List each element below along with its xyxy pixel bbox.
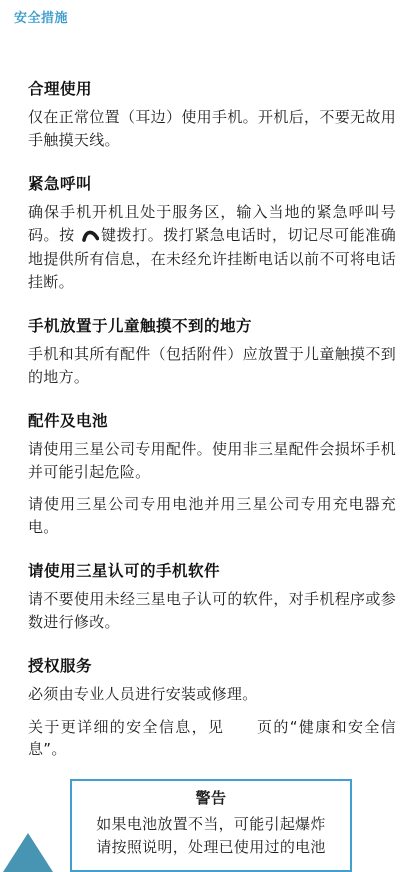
- page-corner-triangle: [3, 833, 53, 872]
- section-heading: 授权服务: [28, 654, 396, 676]
- section-paragraph: 请使用三星公司专用配件。使用非三星配件会损坏手机并可能引起危险。: [28, 438, 396, 483]
- section-emergency-call: 紧急呼叫 确保手机开机且处于服务区，输入当地的紧急呼叫号码。按 键拨打。拨打紧急…: [28, 172, 396, 293]
- section-accessories-battery: 配件及电池 请使用三星公司专用配件。使用非三星配件会损坏手机并可能引起危险。 请…: [28, 409, 396, 538]
- section-heading: 合理使用: [28, 77, 396, 99]
- page-content: 合理使用 仅在正常位置（耳边）使用手机。开机后，不要无故用手触摸天线。 紧急呼叫…: [28, 56, 396, 872]
- section-paragraph: 必须由专业人员进行安装或修理。: [28, 683, 396, 706]
- dial-key-icon: [82, 226, 99, 249]
- section-heading: 请使用三星认可的手机软件: [28, 559, 396, 581]
- page-header-title: 安全措施: [14, 7, 68, 26]
- section-paragraph: 手机和其所有配件（包括附件）应放置于儿童触摸不到的地方。: [28, 343, 396, 388]
- manual-page: 安全措施 合理使用 仅在正常位置（耳边）使用手机。开机后，不要无故用手触摸天线。…: [0, 0, 409, 872]
- section-approved-software: 请使用三星认可的手机软件 请不要使用未经三星电子认可的软件，对手机程序或参数进行…: [28, 559, 396, 633]
- section-paragraph: 关于更详细的安全信息，见 页的“健康和安全信息”。: [28, 716, 396, 761]
- section-heading: 手机放置于儿童触摸不到的地方: [28, 314, 396, 336]
- warning-line: 请按照说明，处理已使用过的电池: [80, 836, 342, 860]
- warning-title: 警告: [80, 787, 342, 808]
- section-heading: 配件及电池: [28, 409, 396, 431]
- section-authorized-service: 授权服务 必须由专业人员进行安装或修理。 关于更详细的安全信息，见 页的“健康和…: [28, 654, 396, 761]
- section-paragraph: 请使用三星公司专用电池并用三星公司专用充电器充电。: [28, 493, 396, 538]
- section-paragraph: 确保手机开机且处于服务区，输入当地的紧急呼叫号码。按 键拨打。拨打紧急电话时，切…: [28, 201, 396, 293]
- warning-line: 如果电池放置不当，可能引起爆炸: [80, 813, 342, 837]
- section-keep-from-children: 手机放置于儿童触摸不到的地方 手机和其所有配件（包括附件）应放置于儿童触摸不到的…: [28, 314, 396, 388]
- section-proper-use: 合理使用 仅在正常位置（耳边）使用手机。开机后，不要无故用手触摸天线。: [28, 77, 396, 151]
- section-heading: 紧急呼叫: [28, 172, 396, 194]
- section-paragraph: 仅在正常位置（耳边）使用手机。开机后，不要无故用手触摸天线。: [28, 106, 396, 151]
- warning-box: 警告 如果电池放置不当，可能引起爆炸 请按照说明，处理已使用过的电池: [70, 779, 352, 872]
- section-paragraph: 请不要使用未经三星电子认可的软件，对手机程序或参数进行修改。: [28, 588, 396, 633]
